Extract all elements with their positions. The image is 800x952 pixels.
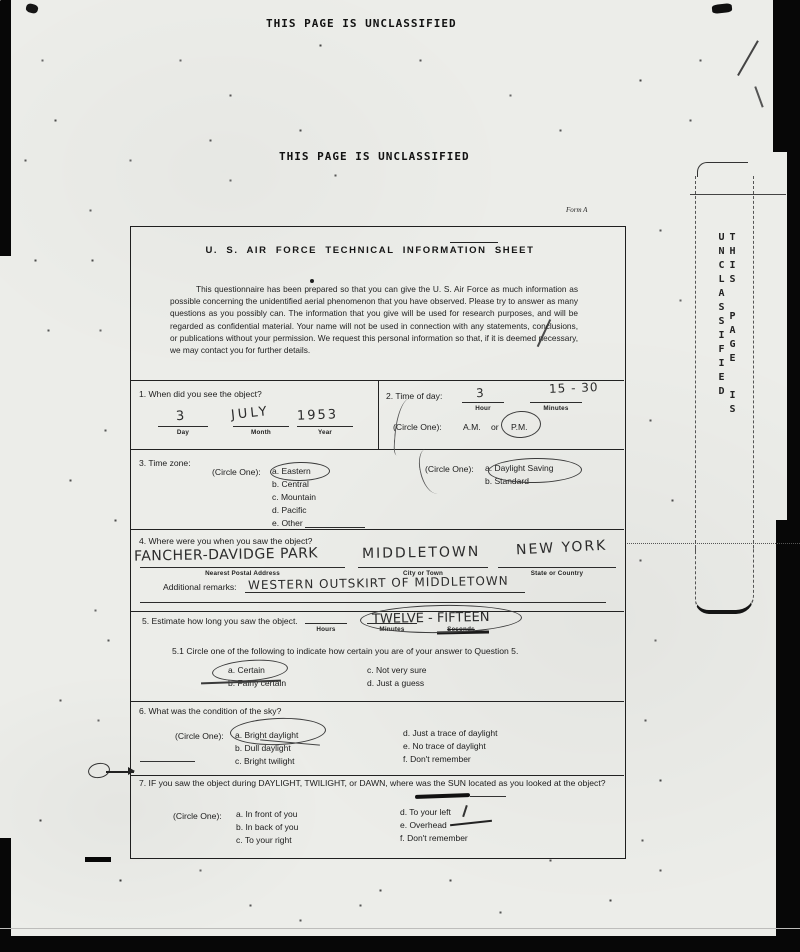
q3-label: 3. Time zone: [139,458,191,468]
q7-option-dont-remember: f. Don't remember [400,832,468,845]
q6-options-right: d. Just a trace of daylight e. No trace … [403,727,498,766]
unclassified-stamp-vertical: THIS PAGE IS UNCLASSIFIED [716,232,738,572]
q7-options-right: d. To your left e. Overhead f. Don't rem… [400,806,468,845]
q5-1-options-right: c. Not very sure d. Just a guess [367,664,427,690]
q1-label: 1. When did you see the object? [139,389,262,399]
divider-vertical [378,380,379,449]
q2-hour-field-label: Hour [462,405,504,412]
q3-option-other: e. Other [272,517,316,530]
q2-hour-line [462,402,504,403]
q4-remarks-line [245,592,525,593]
scan-scratch [450,242,498,243]
divider [130,529,624,530]
scan-noise [0,0,1,1]
margin-pencil-line [140,761,195,762]
q5-1-option-just-a-guess: d. Just a guess [367,677,427,690]
scan-scratch [754,86,763,107]
margin-arrow-head [128,767,135,775]
side-tab-top-bracket [697,162,748,177]
form-title: U. S. AIR FORCE TECHNICAL INFORMATION SH… [130,245,610,256]
scan-edge-right-top [773,0,800,152]
q1-day-value: 3 [175,409,184,425]
scan-edge-left-bottom [0,838,11,952]
scan-edge-right-bottom [776,520,800,952]
q6-option-bright-twilight: c. Bright twilight [235,755,298,768]
q6-circle-one: (Circle One): [175,731,224,741]
q5-hours-line [305,623,347,624]
scan-smudge [25,3,39,15]
q4-state-field-label: State or Country [498,570,616,577]
q4-state-line [498,567,616,568]
q7-option-to-your-left: d. To your left [400,806,468,819]
q6-option-trace-of-daylight: d. Just a trace of daylight [403,727,498,740]
q5-label: 5. Estimate how long you saw the object. [142,616,298,626]
q3-option-pacific: d. Pacific [272,504,316,517]
divider [130,701,624,702]
pencil-dash-tail [470,796,506,797]
q5-hours-field-label: Hours [305,626,347,633]
q7-option-overhead: e. Overhead [400,819,468,832]
q4-address-line [140,567,345,568]
q4-address-value: FANCHER-DAVIDGE PARK [134,545,318,564]
scan-scratch [737,40,758,75]
q7-option-to-your-right: c. To your right [236,834,298,847]
scan-scratch-line [0,928,800,929]
scan-artifact-notch [85,857,111,862]
scan-dotted-line [627,543,800,544]
q2-am: A.M. [463,422,481,432]
q4-label: 4. Where were you when you saw the objec… [139,536,312,546]
q4-remarks-label: Additional remarks: [163,582,237,592]
q4-city-line [358,567,488,568]
q6-option-dont-remember: f. Don't remember [403,753,498,766]
q2-or: or [491,422,499,432]
divider [130,449,624,450]
q3-option-mountain: c. Mountain [272,491,316,504]
q2-minutes-field-label: Minutes [530,405,582,412]
q7-option-in-back: b. In back of you [236,821,298,834]
q2-minutes-value: 15 - 30 [549,380,599,396]
q7-circle-one: (Circle One): [173,811,222,821]
q1-year-value: 1953 [297,407,339,423]
scanned-page: THIS PAGE IS UNCLASSIFIED THIS PAGE IS U… [0,0,800,952]
q3-circle-one: (Circle One): [212,467,261,477]
q1-year-line [297,426,353,427]
q1-month-field-label: Month [233,429,289,436]
q6-label: 6. What was the condition of the sky? [139,706,281,716]
q2-minutes-line [530,402,582,403]
scan-edge-bottom [0,936,800,952]
q1-day-field-label: Day [158,429,208,436]
scan-edge-left-top [0,0,11,256]
q7-label: 7. IF you saw the object during DAYLIGHT… [139,778,623,790]
q4-address-field-label: Nearest Postal Address [140,570,345,577]
q5-1-option-not-very-sure: c. Not very sure [367,664,427,677]
q7-options-left: a. In front of you b. In back of you c. … [236,808,298,847]
q1-year-field-label: Year [297,429,353,436]
unclassified-stamp-middle: THIS PAGE IS UNCLASSIFIED [279,150,470,163]
q1-day-line [158,426,208,427]
form-a-label: Form A [566,206,587,214]
q3-other-line [305,527,365,528]
intro-paragraph: This questionnaire has been prepared so … [170,283,578,356]
q1-month-line [233,426,289,427]
scan-smudge [712,3,733,14]
q2-hour-value: 3 [476,386,484,400]
q6-option-no-trace: e. No trace of daylight [403,740,498,753]
q5-1-label: 5.1 Circle one of the following to indic… [172,646,518,656]
divider [130,775,624,776]
q4-extra-line [140,602,606,603]
q7-option-in-front: a. In front of you [236,808,298,821]
q4-city-value: MIDDLETOWN [362,544,481,562]
unclassified-stamp-top: THIS PAGE IS UNCLASSIFIED [266,17,457,30]
